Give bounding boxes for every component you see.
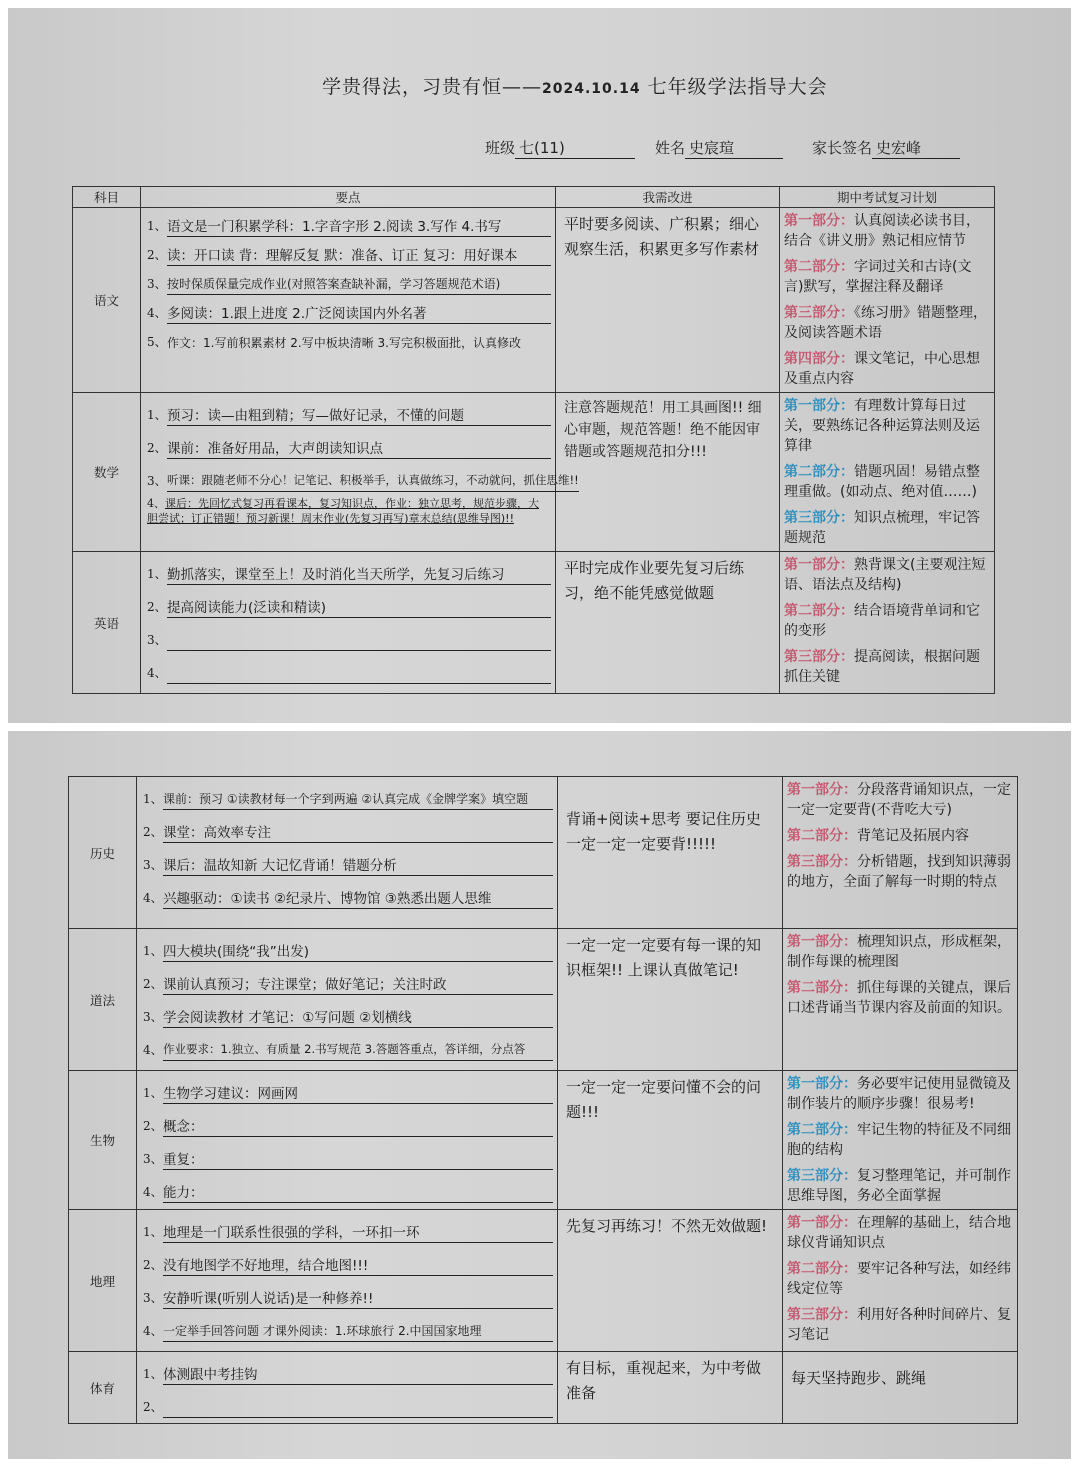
point-item: 3、听课：跟随老师不分心！记笔记、积极举手，认真做练习，不动就问，抓住思维!! (141, 459, 555, 492)
row-history: 历史 1、课前：预习 ①读教材每一个字到两遍 ②认真完成《金牌学案》填空题 2、… (69, 777, 1018, 929)
point-item: 4、作业要求：1.独立、有质量 2.书写规范 3.答题答重点，答详细，分点答 (137, 1028, 557, 1061)
point-item: 1、生物学习建议：网画网 (137, 1071, 557, 1104)
parent-signature: 史宏峰 (872, 137, 960, 159)
document-title: 学贵得法，习贵有恒——2024.10.14 七年级学法指导大会 (322, 72, 828, 99)
row-biology: 生物 1、生物学习建议：网画网 2、概念： 3、重复： 4、能力： 一定一定一定… (69, 1071, 1018, 1210)
class-field: 班级七(11) (485, 137, 635, 159)
key-points-cell: 1、地理是一门联系性很强的学科，一环扣一环 2、没有地图学不好地理，结合地图!!… (137, 1210, 558, 1352)
title-date: 2024.10.14 (542, 81, 641, 97)
subject-name: 数学 (73, 393, 141, 552)
point-item: 1、地理是一门联系性很强的学科，一环扣一环 (137, 1210, 557, 1243)
point-item: 4、一定举手回答问题 才课外阅读：1.环球旅行 2.中国国家地理 (137, 1309, 557, 1342)
header-improvements: 我需改进 (556, 187, 780, 208)
improve-cell: 先复习再练习！不然无效做题! (558, 1210, 783, 1352)
improve-cell: 一定一定一定要有每一课的知识框架!! 上课认真做笔记! (558, 929, 783, 1071)
table-header-row: 科目 要点 我需改进 期中考试复习计划 (73, 187, 995, 208)
row-english: 英语 1、勤抓落实，课堂至上！及时消化当天所学，先复习后练习 2、提高阅读能力(… (73, 552, 995, 694)
study-plan-table-page-1: 科目 要点 我需改进 期中考试复习计划 语文 1、语文是一门积累学科：1.字音字… (72, 186, 995, 694)
plan-cell: 第一部分：有理数计算每日过关，要熟练记各种运算法则及运算律 第二部分：错题巩固！… (780, 393, 995, 552)
plan-part: 第二部分：要牢记各种写法，如经纬线定位等 (783, 1256, 1017, 1302)
improve-cell: 平时完成作业要先复习后练习，绝不能凭感觉做题 (556, 552, 780, 694)
subject-name: 历史 (69, 777, 137, 929)
plan-part: 第一部分：熟背课文(主要观注短语、语法点及结构) (780, 552, 994, 598)
improve-cell: 一定一定一定要问懂不会的问题!!! (558, 1071, 783, 1210)
improve-cell: 平时要多阅读、广积累；细心观察生活，积累更多写作素材 (556, 208, 780, 393)
row-pe: 体育 1、体测跟中考挂钩 2、 有目标，重视起来，为中考做准备 每天坚持跑步、跳… (69, 1352, 1018, 1424)
row-math: 数学 1、预习：读—由粗到精；写—做好记录，不懂的问题 2、课前：准备好用品，大… (73, 393, 995, 552)
point-item: 1、预习：读—由粗到精；写—做好记录，不懂的问题 (141, 393, 555, 426)
key-points-cell: 1、生物学习建议：网画网 2、概念： 3、重复： 4、能力： (137, 1071, 558, 1210)
subject-name: 语文 (73, 208, 141, 393)
subject-name: 地理 (69, 1210, 137, 1352)
point-item: 2、课堂：高效率专注 (137, 810, 557, 843)
name-field: 姓名史宸瑄 (655, 137, 783, 159)
point-item: 2、课前：准备好用品，大声朗读知识点 (141, 426, 555, 459)
plan-part: 第四部分：课文笔记，中心思想及重点内容 (780, 346, 994, 392)
plan-part: 第二部分：抓住每课的关键点，课后口述背诵当节课内容及前面的知识。 (783, 975, 1017, 1021)
key-points-cell: 1、体测跟中考挂钩 2、 (137, 1352, 558, 1424)
plan-cell: 第一部分：分段落背诵知识点，一定一定一定要背(不背吃大亏) 第二部分：背笔记及拓… (783, 777, 1018, 929)
class-value: 七(11) (515, 137, 635, 159)
point-item: 1、四大模块(围绕“我”出发) (137, 929, 557, 962)
plan-part: 第三部分：知识点梳理，牢记答题规范 (780, 505, 994, 551)
improve-cell: 注意答题规范！用工具画图!! 细心审题，规范答题！绝不能因审错题或答题规范扣分!… (556, 393, 780, 552)
point-item: 3、重复： (137, 1137, 557, 1170)
plan-part: 第三部分：利用好各种时间碎片、复习笔记 (783, 1302, 1017, 1348)
header-key-points: 要点 (141, 187, 556, 208)
point-item: 1、课前：预习 ①读教材每一个字到两遍 ②认真完成《金牌学案》填空题 (137, 777, 557, 810)
point-item: 1、语文是一门积累学科：1.字音字形 2.阅读 3.写作 4.书写 (141, 208, 555, 237)
row-chinese: 语文 1、语文是一门积累学科：1.字音字形 2.阅读 3.写作 4.书写 2、读… (73, 208, 995, 393)
point-item: 4、 (141, 651, 555, 684)
plan-cell: 第一部分：认真阅读必读书目，结合《讲义册》熟记相应情节 第二部分：字词过关和古诗… (780, 208, 995, 393)
point-item: 1、体测跟中考挂钩 (137, 1352, 557, 1385)
plan-part: 第一部分：分段落背诵知识点，一定一定一定要背(不背吃大亏) (783, 777, 1017, 823)
point-item: 4、能力： (137, 1170, 557, 1203)
plan-part: 第一部分：务必要牢记使用显微镜及制作装片的顺序步骤！很易考! (783, 1071, 1017, 1117)
improve-cell: 背诵+阅读+思考 要记住历史一定一定一定要背!!!!! (558, 777, 783, 929)
point-item: 2、课前认真预习；专注课堂；做好笔记；关注时政 (137, 962, 557, 995)
key-points-cell: 1、语文是一门积累学科：1.字音字形 2.阅读 3.写作 4.书写 2、读：开口… (141, 208, 556, 393)
subject-name: 英语 (73, 552, 141, 694)
plan-part: 第三部分：分析错题，找到知识薄弱的地方，全面了解每一时期的特点 (783, 849, 1017, 895)
point-item: 3、安静听课(听别人说话)是一种修养!! (137, 1276, 557, 1309)
plan-cell: 第一部分：务必要牢记使用显微镜及制作装片的顺序步骤！很易考! 第二部分：牢记生物… (783, 1071, 1018, 1210)
plan-cell: 第一部分：梳理知识点，形成框架，制作每课的梳理图 第二部分：抓住每课的关键点，课… (783, 929, 1018, 1071)
plan-part: 第一部分：梳理知识点，形成框架，制作每课的梳理图 (783, 929, 1017, 975)
row-geography: 地理 1、地理是一门联系性很强的学科，一环扣一环 2、没有地图学不好地理，结合地… (69, 1210, 1018, 1352)
point-item: 4、兴趣驱动：①读书 ②纪录片、博物馆 ③熟悉出题人思维 (137, 876, 557, 909)
parent-signature-field: 家长签名史宏峰 (812, 137, 960, 159)
improve-cell: 有目标，重视起来，为中考做准备 (558, 1352, 783, 1424)
key-points-cell: 1、课前：预习 ①读教材每一个字到两遍 ②认真完成《金牌学案》填空题 2、课堂：… (137, 777, 558, 929)
point-item: 2、 (137, 1385, 557, 1418)
plan-cell: 第一部分：在理解的基础上，结合地球仪背诵知识点 第二部分：要牢记各种写法，如经纬… (783, 1210, 1018, 1352)
plan-part: 第二部分：背笔记及拓展内容 (783, 823, 1017, 849)
key-points-cell: 1、预习：读—由粗到精；写—做好记录，不懂的问题 2、课前：准备好用品，大声朗读… (141, 393, 556, 552)
point-item: 3、学会阅读教材 才笔记：①写问题 ②划横线 (137, 995, 557, 1028)
point-item: 2、概念： (137, 1104, 557, 1137)
subject-name: 生物 (69, 1071, 137, 1210)
plan-part: 第二部分：错题巩固！易错点整理重做。(如动点、绝对值……) (780, 459, 994, 505)
point-item: 5、作文：1.写前积累素材 2.写中板块清晰 3.写完积极面批，认真修改 (141, 324, 555, 353)
point-item: 2、读：开口读 背：理解反复 默：准备、订正 复习：用好课本 (141, 237, 555, 266)
plan-cell: 第一部分：熟背课文(主要观注短语、语法点及结构) 第二部分：结合语境背单词和它的… (780, 552, 995, 694)
plan-part: 第一部分：认真阅读必读书目，结合《讲义册》熟记相应情节 (780, 208, 994, 254)
row-morality-law: 道法 1、四大模块(围绕“我”出发) 2、课前认真预习；专注课堂；做好笔记；关注… (69, 929, 1018, 1071)
header-review-plan: 期中考试复习计划 (780, 187, 995, 208)
plan-part: 第一部分：有理数计算每日过关，要熟练记各种运算法则及运算律 (780, 393, 994, 459)
point-item: 1、勤抓落实，课堂至上！及时消化当天所学，先复习后练习 (141, 552, 555, 585)
student-name: 史宸瑄 (685, 137, 783, 159)
point-item: 3、 (141, 618, 555, 651)
plan-part: 第一部分：在理解的基础上，结合地球仪背诵知识点 (783, 1210, 1017, 1256)
plan-cell: 每天坚持跑步、跳绳 (783, 1352, 1018, 1424)
plan-part: 第二部分：牢记生物的特征及不同细胞的结构 (783, 1117, 1017, 1163)
plan-part: 第三部分：《练习册》错题整理，及阅读答题术语 (780, 300, 994, 346)
subject-name: 道法 (69, 929, 137, 1071)
plan-part: 第二部分：结合语境背单词和它的变形 (780, 598, 994, 644)
key-points-cell: 1、四大模块(围绕“我”出发) 2、课前认真预习；专注课堂；做好笔记；关注时政 … (137, 929, 558, 1071)
point-item: 4、课后：先回忆式复习再看课本，复习知识点，作业：独立思考，规范步骤，大胆尝试；… (141, 492, 555, 526)
point-item: 2、没有地图学不好地理，结合地图!!! (137, 1243, 557, 1276)
point-item: 2、提高阅读能力(泛读和精读) (141, 585, 555, 618)
plan-part: 第三部分：复习整理笔记，并可制作思维导图，务必全面掌握 (783, 1163, 1017, 1209)
point-item: 3、按时保质保量完成作业(对照答案查缺补漏，学习答题规范术语) (141, 266, 555, 295)
study-plan-table-page-2: 历史 1、课前：预习 ①读教材每一个字到两遍 ②认真完成《金牌学案》填空题 2、… (68, 776, 1018, 1424)
subject-name: 体育 (69, 1352, 137, 1424)
key-points-cell: 1、勤抓落实，课堂至上！及时消化当天所学，先复习后练习 2、提高阅读能力(泛读和… (141, 552, 556, 694)
point-item: 4、多阅读：1.跟上进度 2.广泛阅读国内外名著 (141, 295, 555, 324)
plan-part: 第三部分：提高阅读，根据问题抓住关键 (780, 644, 994, 690)
plan-part: 第二部分：字词过关和古诗(文言)默写，掌握注释及翻译 (780, 254, 994, 300)
point-item: 3、课后：温故知新 大记忆背诵！错题分析 (137, 843, 557, 876)
header-subject: 科目 (73, 187, 141, 208)
